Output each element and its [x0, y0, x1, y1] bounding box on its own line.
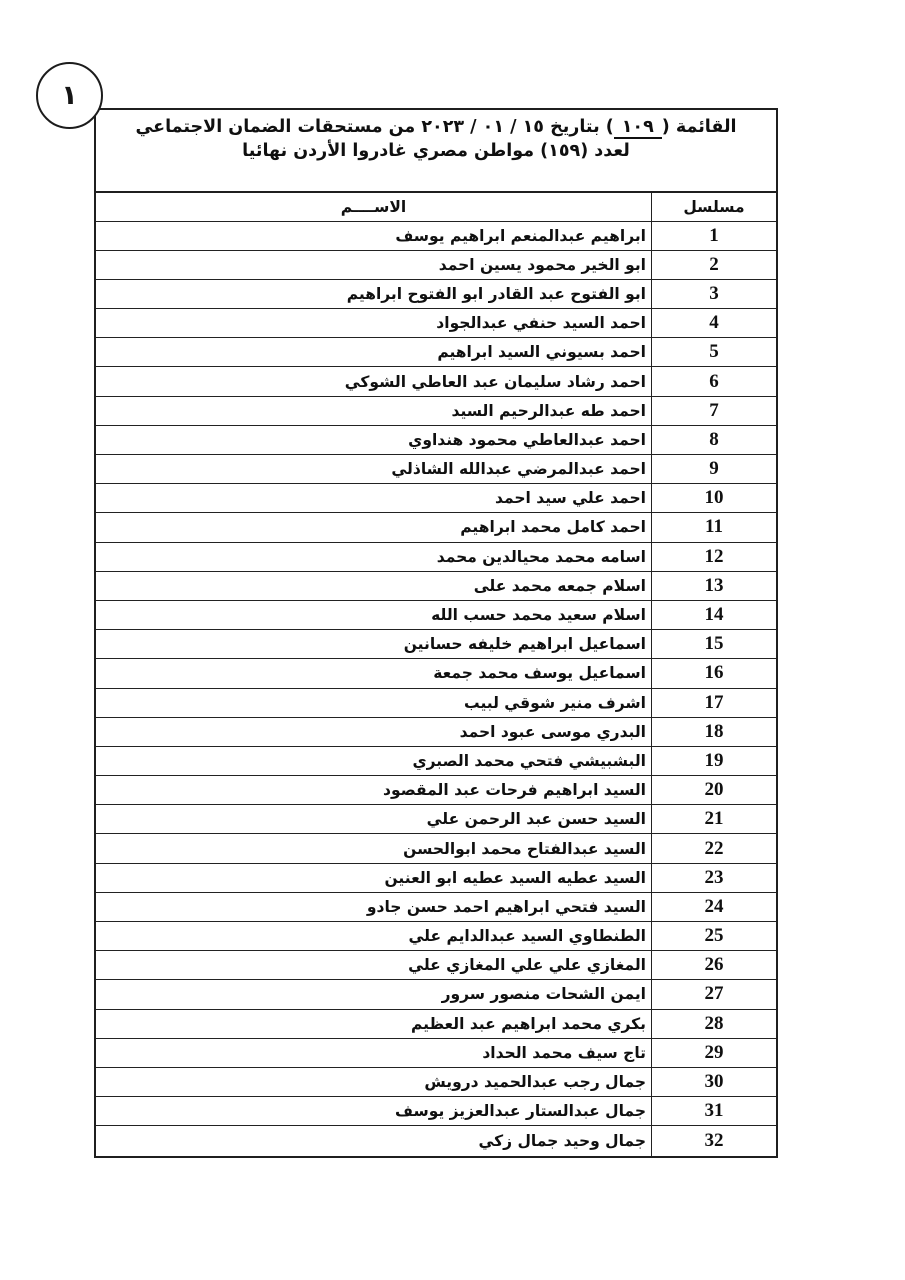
- table-row: 20السيد ابراهيم فرحات عبد المقصود: [96, 776, 776, 805]
- table-header-row: مسلسل الاســــم: [96, 193, 776, 222]
- serial-cell: 12: [651, 543, 776, 571]
- title-line1-prefix: القائمة (: [662, 117, 737, 137]
- serial-cell: 31: [651, 1097, 776, 1125]
- name-cell: السيد فتحي ابراهيم احمد حسن جادو: [96, 893, 651, 921]
- name-cell: اسماعيل ابراهيم خليفه حسانين: [96, 630, 651, 658]
- name-cell: اسامه محمد محيالدين محمد: [96, 543, 651, 571]
- serial-cell: 24: [651, 893, 776, 921]
- serial-cell: 27: [651, 980, 776, 1008]
- table-row: 3ابو الفتوح عبد القادر ابو الفتوح ابراهي…: [96, 280, 776, 309]
- name-cell: اسماعيل يوسف محمد جمعة: [96, 659, 651, 687]
- document-page: ١ القائمة (١٠٩) بتاريخ ١٥ / ٠١ / ٢٠٢٣ من…: [0, 0, 905, 1280]
- table-row: 28بكري محمد ابراهيم عبد العظيم: [96, 1010, 776, 1039]
- serial-cell: 18: [651, 718, 776, 746]
- name-cell: السيد عبدالفتاح محمد ابوالحسن: [96, 834, 651, 862]
- table-row: 17اشرف منير شوقي لبيب: [96, 689, 776, 718]
- title-line1-suffix: ) بتاريخ ١٥ / ٠١ / ٢٠٢٣ من مستحقات الضما…: [135, 117, 613, 137]
- table-row: 29تاج سيف محمد الحداد: [96, 1039, 776, 1068]
- serial-cell: 13: [651, 572, 776, 600]
- table-row: 27ايمن الشحات منصور سرور: [96, 980, 776, 1009]
- table-row: 4احمد السيد حنفي عبدالجواد: [96, 309, 776, 338]
- table-row: 6احمد رشاد سليمان عبد العاطي الشوكي: [96, 367, 776, 396]
- table-row: 7احمد طه عبدالرحيم السيد: [96, 397, 776, 426]
- serial-cell: 26: [651, 951, 776, 979]
- serial-cell: 5: [651, 338, 776, 366]
- name-cell: احمد كامل محمد ابراهيم: [96, 513, 651, 541]
- name-cell: احمد عبدالعاطي محمود هنداوي: [96, 426, 651, 454]
- name-cell: احمد بسيوني السيد ابراهيم: [96, 338, 651, 366]
- name-cell: ابراهيم عبدالمنعم ابراهيم يوسف: [96, 222, 651, 250]
- serial-cell: 32: [651, 1126, 776, 1155]
- name-cell: المغازي علي علي المغازي علي: [96, 951, 651, 979]
- page-number-circle: ١: [36, 62, 103, 129]
- name-cell: اشرف منير شوقي لبيب: [96, 689, 651, 717]
- serial-cell: 15: [651, 630, 776, 658]
- table-row: 22السيد عبدالفتاح محمد ابوالحسن: [96, 834, 776, 863]
- table-row: 16اسماعيل يوسف محمد جمعة: [96, 659, 776, 688]
- serial-cell: 9: [651, 455, 776, 483]
- name-cell: ابو الخير محمود يسين احمد: [96, 251, 651, 279]
- serial-cell: 23: [651, 864, 776, 892]
- table-row: 18البدري موسى عبود احمد: [96, 718, 776, 747]
- title-list-number: ١٠٩: [614, 117, 662, 139]
- name-cell: الطنطاوي السيد عبدالدايم علي: [96, 922, 651, 950]
- table-row: 26المغازي علي علي المغازي علي: [96, 951, 776, 980]
- serial-cell: 21: [651, 805, 776, 833]
- table-row: 11احمد كامل محمد ابراهيم: [96, 513, 776, 542]
- name-cell: السيد حسن عبد الرحمن علي: [96, 805, 651, 833]
- table-row: 13اسلام جمعه محمد على: [96, 572, 776, 601]
- table-row: 12اسامه محمد محيالدين محمد: [96, 543, 776, 572]
- serial-cell: 28: [651, 1010, 776, 1038]
- name-cell: جمال رجب عبدالحميد درويش: [96, 1068, 651, 1096]
- name-cell: السيد ابراهيم فرحات عبد المقصود: [96, 776, 651, 804]
- table-row: 31جمال عبدالستار عبدالعزيز يوسف: [96, 1097, 776, 1126]
- table-row: 15اسماعيل ابراهيم خليفه حسانين: [96, 630, 776, 659]
- serial-cell: 4: [651, 309, 776, 337]
- table-row: 1ابراهيم عبدالمنعم ابراهيم يوسف: [96, 222, 776, 251]
- title-line-2: لعدد (١٥٩) مواطن مصري غادروا الأردن نهائ…: [104, 139, 768, 163]
- table-row: 14اسلام سعيد محمد حسب الله: [96, 601, 776, 630]
- name-column-header: الاســــم: [96, 193, 651, 221]
- name-cell: احمد علي سيد احمد: [96, 484, 651, 512]
- table-body: 1ابراهيم عبدالمنعم ابراهيم يوسف2ابو الخي…: [96, 222, 776, 1156]
- name-cell: البشبيشي فتحي محمد الصبري: [96, 747, 651, 775]
- serial-cell: 25: [651, 922, 776, 950]
- serial-cell: 6: [651, 367, 776, 395]
- table-row: 24السيد فتحي ابراهيم احمد حسن جادو: [96, 893, 776, 922]
- serial-cell: 30: [651, 1068, 776, 1096]
- title-line-1: القائمة (١٠٩) بتاريخ ١٥ / ٠١ / ٢٠٢٣ من م…: [104, 115, 768, 139]
- table-title-cell: القائمة (١٠٩) بتاريخ ١٥ / ٠١ / ٢٠٢٣ من م…: [96, 110, 776, 193]
- serial-cell: 3: [651, 280, 776, 308]
- name-cell: السيد عطيه السيد عطيه ابو العنين: [96, 864, 651, 892]
- name-cell: ابو الفتوح عبد القادر ابو الفتوح ابراهيم: [96, 280, 651, 308]
- serial-column-header: مسلسل: [651, 193, 776, 221]
- table-row: 32جمال وحيد جمال زكي: [96, 1126, 776, 1155]
- serial-cell: 20: [651, 776, 776, 804]
- name-cell: تاج سيف محمد الحداد: [96, 1039, 651, 1067]
- serial-cell: 22: [651, 834, 776, 862]
- name-cell: احمد طه عبدالرحيم السيد: [96, 397, 651, 425]
- serial-cell: 14: [651, 601, 776, 629]
- name-cell: اسلام سعيد محمد حسب الله: [96, 601, 651, 629]
- serial-cell: 8: [651, 426, 776, 454]
- serial-cell: 11: [651, 513, 776, 541]
- serial-cell: 7: [651, 397, 776, 425]
- table-row: 10احمد علي سيد احمد: [96, 484, 776, 513]
- table-row: 19البشبيشي فتحي محمد الصبري: [96, 747, 776, 776]
- name-cell: البدري موسى عبود احمد: [96, 718, 651, 746]
- name-cell: احمد السيد حنفي عبدالجواد: [96, 309, 651, 337]
- serial-cell: 2: [651, 251, 776, 279]
- name-cell: اسلام جمعه محمد على: [96, 572, 651, 600]
- table-row: 30جمال رجب عبدالحميد درويش: [96, 1068, 776, 1097]
- serial-cell: 10: [651, 484, 776, 512]
- serial-cell: 29: [651, 1039, 776, 1067]
- table-row: 2ابو الخير محمود يسين احمد: [96, 251, 776, 280]
- serial-cell: 16: [651, 659, 776, 687]
- name-cell: جمال وحيد جمال زكي: [96, 1126, 651, 1155]
- name-cell: جمال عبدالستار عبدالعزيز يوسف: [96, 1097, 651, 1125]
- page-number: ١: [61, 82, 77, 109]
- table-row: 23السيد عطيه السيد عطيه ابو العنين: [96, 864, 776, 893]
- serial-cell: 1: [651, 222, 776, 250]
- name-cell: احمد رشاد سليمان عبد العاطي الشوكي: [96, 367, 651, 395]
- name-cell: بكري محمد ابراهيم عبد العظيم: [96, 1010, 651, 1038]
- table-row: 25الطنطاوي السيد عبدالدايم علي: [96, 922, 776, 951]
- serial-cell: 19: [651, 747, 776, 775]
- table-row: 8احمد عبدالعاطي محمود هنداوي: [96, 426, 776, 455]
- table-row: 9احمد عبدالمرضي عبدالله الشاذلي: [96, 455, 776, 484]
- name-cell: احمد عبدالمرضي عبدالله الشاذلي: [96, 455, 651, 483]
- table-row: 21السيد حسن عبد الرحمن علي: [96, 805, 776, 834]
- beneficiaries-table: القائمة (١٠٩) بتاريخ ١٥ / ٠١ / ٢٠٢٣ من م…: [94, 108, 778, 1158]
- name-cell: ايمن الشحات منصور سرور: [96, 980, 651, 1008]
- table-row: 5احمد بسيوني السيد ابراهيم: [96, 338, 776, 367]
- serial-cell: 17: [651, 689, 776, 717]
